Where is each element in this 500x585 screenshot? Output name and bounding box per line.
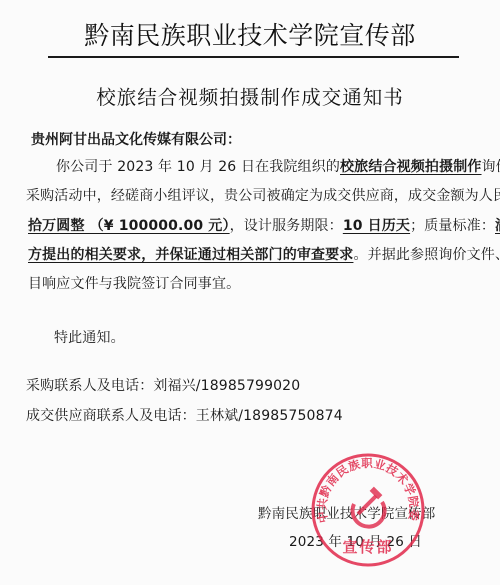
purchaser-contact: 采购联系人及电话：刘福兴/18985799020 [26,375,300,395]
quality-standard: 方提出的相关要求，并保证通过相关部门的审查要求 [28,247,353,263]
supplier-contact: 成交供应商联系人及电话：王林斌/18985750874 [26,405,343,425]
body-text: 询价报价 [482,159,500,175]
body-text: ，设计服务期限： [230,218,343,234]
quality-standard: 满足我 [495,218,500,234]
body-line-5: 目响应文件与我院签订合同事宜。 [28,273,240,293]
body-text: 。并据此参照询价文件、项 [353,247,500,263]
service-period: 10 日历天 [343,218,410,234]
signature-organization: 黔南民族职业技术学院宣传部 [258,502,435,522]
contract-amount: 拾万圆整 （¥ 100000.00 元） [28,218,230,234]
notice-document: 黔南民族职业技术学院宣传部 校旅结合视频拍摄制作成交通知书 贵州阿甘出品文化传媒… [0,0,500,585]
body-text: 你公司于 2023 年 10 月 26 日在我院组织的 [56,159,340,175]
body-line-2: 采购活动中，经磋商小组评议，贵公司被确定为成交供应商，成交金额为人民币： [26,185,500,205]
body-line-4: 方提出的相关要求，并保证通过相关部门的审查要求。并据此参照询价文件、项 [28,244,500,264]
body-line-1: 你公司于 2023 年 10 月 26 日在我院组织的校旅结合视频拍摄制作询价报… [56,156,500,176]
document-title: 校旅结合视频拍摄制作成交通知书 [0,82,500,110]
body-line-3: 拾万圆整 （¥ 100000.00 元），设计服务期限：10 日历天；质量标准：… [28,215,500,235]
org-letterhead: 黔南民族职业技术学院宣传部 [0,16,500,52]
body-text: ；质量标准： [410,218,495,234]
closing-text: 特此通知。 [54,327,125,347]
project-name: 校旅结合视频拍摄制作 [340,159,482,175]
signature-date: 2023 年 10 月 26 日 [289,530,422,550]
letterhead-divider [48,56,459,58]
recipient-name: 贵州阿甘出品文化传媒有限公司： [31,129,241,149]
